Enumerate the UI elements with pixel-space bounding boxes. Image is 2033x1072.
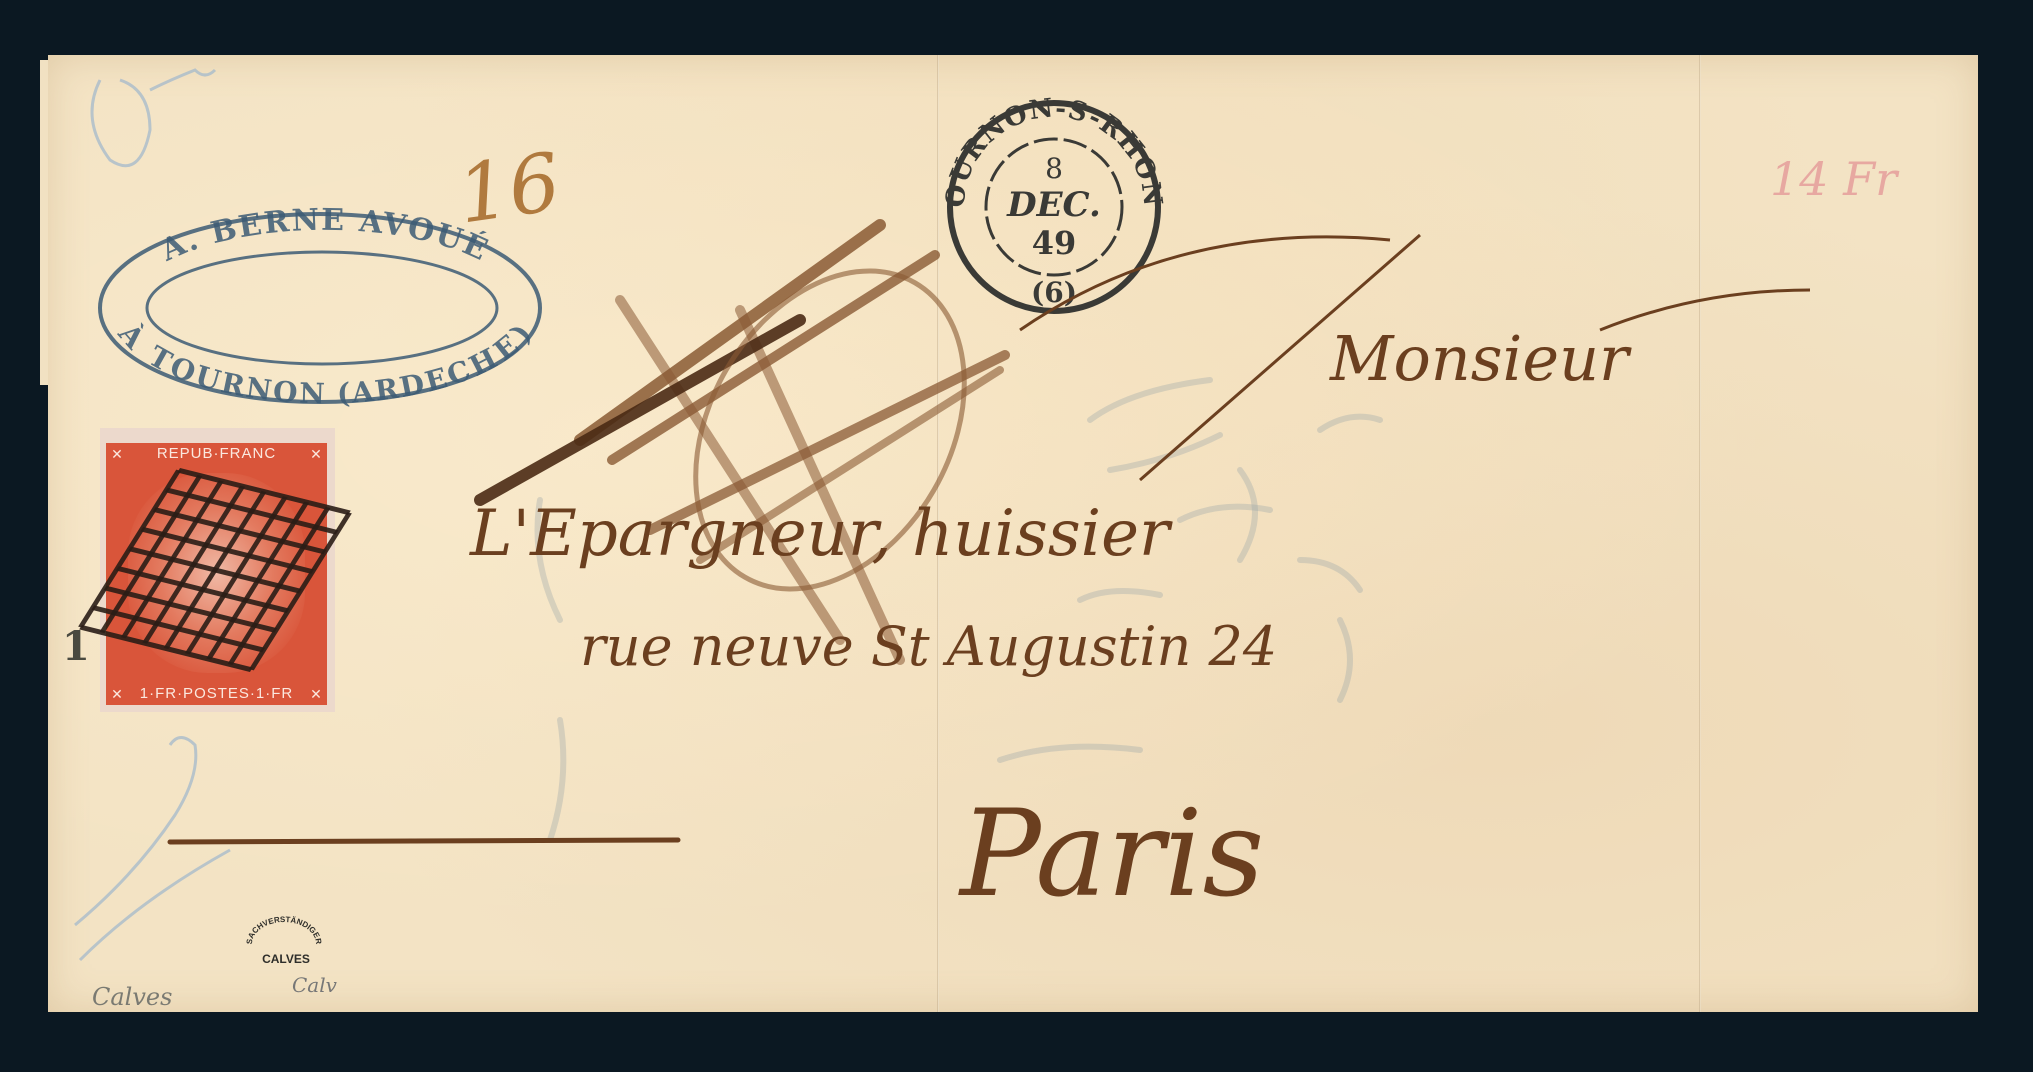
stamp-frame: ✕ ✕ ✕ ✕ REPUB·FRANC 1·FR·POSTES·1·FR — [106, 443, 327, 705]
postage-stamp: ✕ ✕ ✕ ✕ REPUB·FRANC 1·FR·POSTES·1·FR — [100, 428, 335, 712]
underline-stroke — [170, 840, 678, 842]
postmark-month: DEC. — [1006, 185, 1101, 225]
svg-text:SACHVERSTÄNDIGER: SACHVERSTÄNDIGER — [245, 915, 323, 945]
stamp-corner-icon: ✕ — [108, 684, 126, 704]
stamp-corner-icon: ✕ — [307, 684, 325, 704]
stamp-corner-icon: ✕ — [108, 444, 126, 464]
manuscript-strike-marks — [480, 223, 1019, 660]
address-city: Paris — [958, 785, 1264, 924]
margin-mark: 1 — [62, 623, 90, 670]
stamp-top-text: REPUB·FRANC — [126, 443, 307, 465]
expert-mark: SACHVERSTÄNDIGER CALVES Calv — [245, 915, 338, 997]
postmark-day: 8 — [1045, 152, 1063, 185]
address-name: L'Epargneur, huissier — [469, 497, 1173, 571]
pink-pencil-note: 14 Fr — [1770, 152, 1900, 206]
stamp-bottom-text: 1·FR·POSTES·1·FR — [126, 683, 307, 705]
cachet-top-text: A. BERNE AVOUÉ — [155, 203, 495, 269]
rate-mark: 16 — [452, 135, 566, 241]
svg-text:A. BERNE AVOUÉ: A. BERNE AVOUÉ — [155, 203, 495, 269]
bleed-through-writing — [538, 380, 1381, 840]
postmark-year: 49 — [1032, 224, 1077, 262]
svg-text:Calv: Calv — [292, 973, 338, 997]
address-street: rue neuve St Augustin 24 — [580, 615, 1277, 678]
ceres-portrait — [128, 473, 305, 673]
address-salutation: Monsieur — [1329, 322, 1632, 395]
pencil-signature: Calves — [92, 983, 172, 1011]
svg-text:CALVES: CALVES — [262, 952, 310, 966]
postmark-code: (6) — [1031, 276, 1077, 309]
cachet-oval: A. BERNE AVOUÉ À TOURNON (ARDECHE) — [100, 203, 540, 411]
stamp-corner-icon: ✕ — [307, 444, 325, 464]
address-block: Monsieur L'Epargneur, huissier rue neuve… — [469, 235, 1810, 924]
